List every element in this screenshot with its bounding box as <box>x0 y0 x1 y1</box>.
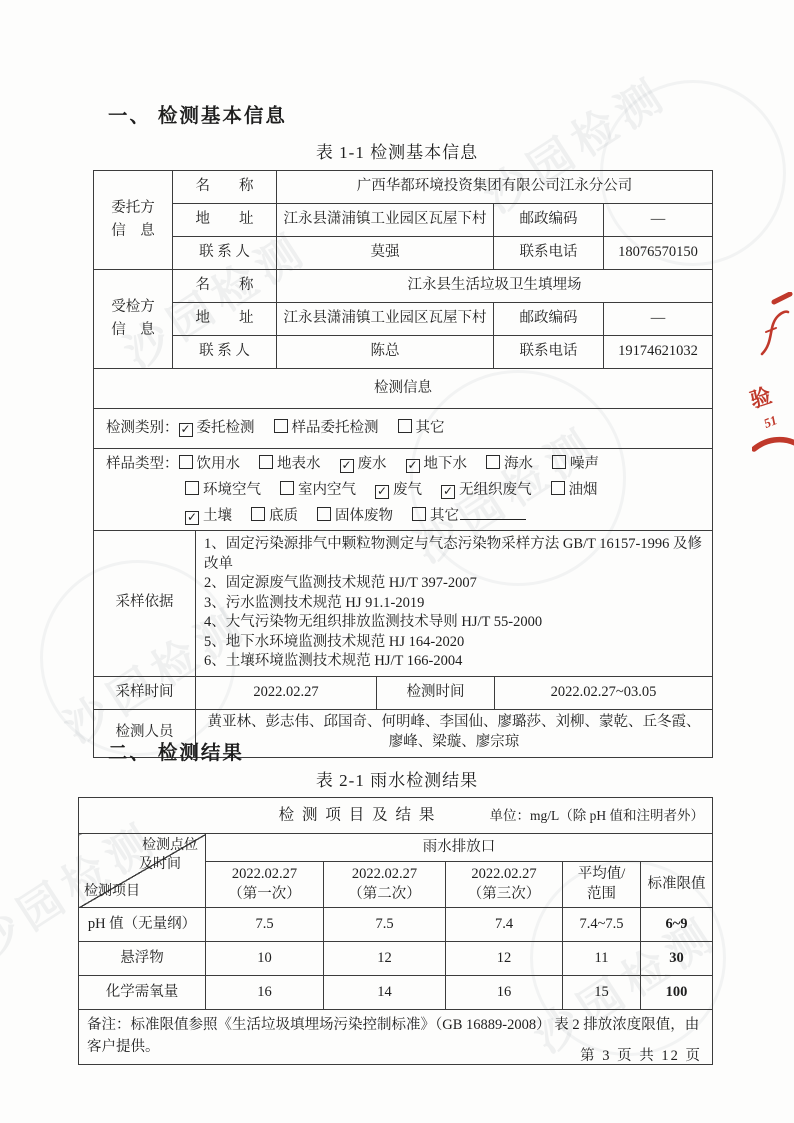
checkbox-option-环境空气[interactable]: 环境空气 <box>185 482 261 498</box>
sampling-time-subtable: 采样时间 2022.02.27 检测时间 2022.02.27~03.05 <box>93 676 713 710</box>
limit-cell: 6~9 <box>641 908 713 942</box>
client-name-value: 广西华都环境投资集团有限公司江永分公司 <box>277 171 713 204</box>
checkbox-option-油烟[interactable]: 油烟 <box>551 482 598 498</box>
subject-addr-label: 地 址 <box>173 303 277 336</box>
checked-checkbox-icon[interactable]: ✓ <box>406 459 420 473</box>
checkbox-option-无组织废气[interactable]: ✓无组织废气 <box>441 482 532 498</box>
avg-cell: 15 <box>563 976 641 1010</box>
col-header-avg: 平均值/范围 <box>563 862 641 908</box>
corner-header-cell: 检测点位 及时间 检测项目 <box>79 834 206 908</box>
rainwater-results-table: 检 测 项 目 及 结 果 单位：mg/L（除 pH 值和注明者外） 检测点位 … <box>78 797 712 1065</box>
red-signature-stroke-icon <box>748 292 794 360</box>
value-cell: 16 <box>206 976 324 1010</box>
client-addr-value: 江永县潇浦镇工业园区瓦屋下村 <box>277 204 494 237</box>
checked-checkbox-icon[interactable]: ✓ <box>441 485 455 499</box>
checkbox-option-室内空气[interactable]: 室内空气 <box>280 482 356 498</box>
col-header-2: 2022.02.27（第二次） <box>324 862 446 908</box>
basis-item: 2、固定源废气监测技术规范 HJ/T 397-2007 <box>204 574 704 594</box>
limit-cell: 30 <box>641 942 713 976</box>
subject-zip-label: 邮政编码 <box>494 303 604 336</box>
corner-bottom-label: 检测项目 <box>84 883 140 902</box>
checkbox-label: 固体废物 <box>335 508 393 524</box>
corner-top-label: 检测点位 <box>142 837 198 856</box>
avg-cell: 7.4~7.5 <box>563 908 641 942</box>
value-cell: 12 <box>324 942 446 976</box>
limit-cell: 100 <box>641 976 713 1010</box>
basis-items: 1、固定污染源排气中颗粒物测定与气态污染物采样方法 GB/T 16157-199… <box>196 531 713 677</box>
checkbox-option-噪声[interactable]: 噪声 <box>552 456 599 472</box>
test-info-header: 检测信息 <box>94 369 713 409</box>
sample-type-label: 样品类型： <box>106 456 179 472</box>
basic-info-table: 委托方 信 息 名 称 广西华都环境投资集团有限公司江永分公司 地 址 江永县潇… <box>93 170 712 758</box>
subject-contact-label: 联 系 人 <box>173 336 277 369</box>
checkbox-label: 其它 <box>416 420 445 436</box>
party-info-subtable: 委托方 信 息 名 称 广西华都环境投资集团有限公司江永分公司 地 址 江永县潇… <box>93 170 713 369</box>
checkbox-label: 地表水 <box>277 456 321 472</box>
value-cell: 7.5 <box>324 908 446 942</box>
checkbox-option-废水[interactable]: ✓废水 <box>340 456 387 472</box>
checkbox-label: 委托检测 <box>197 420 255 436</box>
unchecked-checkbox-icon[interactable] <box>274 419 288 433</box>
category-row: 检测类别：✓委托检测样品委托检测其它 <box>94 409 713 449</box>
sample-type-row: 样品类型：饮用水地表水✓废水✓地下水海水噪声 环境空气室内空气✓废气✓无组织废气… <box>94 449 713 531</box>
basis-item: 6、土壤环境监测技术规范 HJ/T 166-2004 <box>204 652 704 672</box>
value-cell: 16 <box>446 976 563 1010</box>
results-table: 检 测 项 目 及 结 果 单位：mg/L（除 pH 值和注明者外） 检测点位 … <box>78 797 713 1065</box>
client-phone-label: 联系电话 <box>494 237 604 270</box>
col-header-limit: 标准限值 <box>641 862 713 908</box>
sampling-time-label: 采样时间 <box>94 676 196 709</box>
test-time-value: 2022.02.27~03.05 <box>495 676 713 709</box>
checkbox-option-固体废物[interactable]: 固体废物 <box>317 508 393 524</box>
basis-item: 5、地下水环境监测技术规范 HJ 164-2020 <box>204 633 704 653</box>
value-cell: 10 <box>206 942 324 976</box>
test-time-label: 检测时间 <box>377 676 495 709</box>
item-name: 悬浮物 <box>79 942 206 976</box>
table-row: 悬浮物 10 12 12 11 30 <box>79 942 713 976</box>
subject-addr-value: 江永县潇浦镇工业园区瓦屋下村 <box>277 303 494 336</box>
basis-label: 采样依据 <box>94 531 196 677</box>
location-header: 雨水排放口 <box>206 834 713 862</box>
client-group-line2: 信 息 <box>98 220 168 243</box>
checkbox-option-地表水[interactable]: 地表水 <box>259 456 321 472</box>
results-header-row: 检 测 项 目 及 结 果 单位：mg/L（除 pH 值和注明者外） <box>79 798 713 834</box>
avg-cell: 11 <box>563 942 641 976</box>
seal-character: 验 <box>746 379 775 414</box>
checkbox-label: 废气 <box>393 482 422 498</box>
unchecked-checkbox-icon[interactable] <box>179 455 193 469</box>
unchecked-checkbox-icon[interactable] <box>259 455 273 469</box>
subject-group-cell: 受检方 信 息 <box>94 270 173 369</box>
subject-zip-value: — <box>604 303 713 336</box>
subject-group-line2: 信 息 <box>98 319 168 342</box>
item-name: pH 值（无量纲） <box>79 908 206 942</box>
red-seal-fragment-bottom: 验 51 <box>750 382 794 458</box>
basis-item: 1、固定污染源排气中颗粒物测定与气态污染物采样方法 GB/T 16157-199… <box>204 535 704 574</box>
checkbox-option-其它[interactable]: 其它 <box>398 420 445 436</box>
client-group-line1: 委托方 <box>98 197 168 220</box>
subject-phone-label: 联系电话 <box>494 336 604 369</box>
value-cell: 7.4 <box>446 908 563 942</box>
checkbox-option-样品委托检测[interactable]: 样品委托检测 <box>274 420 379 436</box>
value-cell: 7.5 <box>206 908 324 942</box>
sampling-time-value: 2022.02.27 <box>196 676 377 709</box>
page-footer: 第 3 页 共 12 页 <box>580 1044 702 1065</box>
checkbox-label: 底质 <box>269 508 298 524</box>
unit-note: 单位：mg/L（除 pH 值和注明者外） <box>490 806 705 824</box>
checkbox-label: 环境空气 <box>203 482 261 498</box>
corner-mid-label: 及时间 <box>139 856 181 875</box>
checkbox-label: 油烟 <box>569 482 598 498</box>
checkbox-label: 室内空气 <box>298 482 356 498</box>
client-zip-label: 邮政编码 <box>494 204 604 237</box>
unchecked-checkbox-icon[interactable] <box>185 481 199 495</box>
checkbox-label: 土壤 <box>203 508 232 524</box>
checkbox-label: 地下水 <box>424 456 468 472</box>
unchecked-checkbox-icon[interactable] <box>398 419 412 433</box>
client-phone-value: 18076570150 <box>604 237 713 270</box>
client-contact-value: 莫强 <box>277 237 494 270</box>
red-seal-fragment-top <box>748 292 794 365</box>
checked-checkbox-icon[interactable]: ✓ <box>340 459 354 473</box>
checkbox-option-海水[interactable]: 海水 <box>486 456 533 472</box>
table-row: 化学需氧量 16 14 16 15 100 <box>79 976 713 1010</box>
subject-phone-value: 19174621032 <box>604 336 713 369</box>
col-header-3: 2022.02.27（第三次） <box>446 862 563 908</box>
checked-checkbox-icon[interactable]: ✓ <box>185 511 199 525</box>
checked-checkbox-icon[interactable]: ✓ <box>179 423 193 437</box>
unchecked-checkbox-icon[interactable] <box>412 507 426 521</box>
section1-title: 一、 检测基本信息 <box>108 100 287 128</box>
unchecked-checkbox-icon[interactable] <box>280 481 294 495</box>
client-contact-label: 联 系 人 <box>173 237 277 270</box>
table-row: pH 值（无量纲） 7.5 7.5 7.4 7.4~7.5 6~9 <box>79 908 713 942</box>
client-name-label: 名 称 <box>173 171 277 204</box>
checkbox-label: 样品委托检测 <box>292 420 379 436</box>
checkbox-label: 噪声 <box>570 456 599 472</box>
checkbox-option-委托检测[interactable]: ✓委托检测 <box>179 420 255 436</box>
basis-item: 3、污水监测技术规范 HJ 91.1-2019 <box>204 594 704 614</box>
unchecked-checkbox-icon[interactable] <box>551 481 565 495</box>
subject-contact-value: 陈总 <box>277 336 494 369</box>
checkbox-option-地下水[interactable]: ✓地下水 <box>406 456 468 472</box>
value-cell: 12 <box>446 942 563 976</box>
blank-underline <box>460 505 526 519</box>
checked-checkbox-icon[interactable]: ✓ <box>375 485 389 499</box>
checkbox-option-其它[interactable]: 其它 <box>412 508 526 524</box>
value-cell: 14 <box>324 976 446 1010</box>
col-header-1: 2022.02.27（第一次） <box>206 862 324 908</box>
unchecked-checkbox-icon[interactable] <box>552 455 566 469</box>
table1-caption: 表 1-1 检测基本信息 <box>0 138 794 163</box>
checkbox-option-废气[interactable]: ✓废气 <box>375 482 422 498</box>
checkbox-label: 饮用水 <box>197 456 241 472</box>
checkbox-label: 海水 <box>504 456 533 472</box>
unchecked-checkbox-icon[interactable] <box>486 455 500 469</box>
test-info-subtable: 检测信息 检测类别：✓委托检测样品委托检测其它 样品类型：饮用水地表水✓废水✓地… <box>93 368 713 531</box>
subject-name-label: 名 称 <box>173 270 277 303</box>
table2-caption: 表 2-1 雨水检测结果 <box>0 766 794 791</box>
red-seal-arc-icon <box>752 431 794 453</box>
client-zip-value: — <box>604 204 713 237</box>
subject-group-line1: 受检方 <box>98 296 168 319</box>
personnel-value: 黄亚林、彭志伟、邱国奇、何明峰、李国仙、廖璐莎、刘柳、蒙乾、丘冬霞、廖峰、梁璇、… <box>196 709 713 757</box>
checkbox-option-土壤[interactable]: ✓土壤 <box>185 508 232 524</box>
results-title: 检 测 项 目 及 结 果 <box>279 805 437 826</box>
client-group-cell: 委托方 信 息 <box>94 171 173 270</box>
unchecked-checkbox-icon[interactable] <box>251 507 265 521</box>
client-addr-label: 地 址 <box>173 204 277 237</box>
checkbox-option-底质[interactable]: 底质 <box>251 508 298 524</box>
section2-title: 二、 检测结果 <box>108 737 244 765</box>
seal-number: 51 <box>761 412 779 432</box>
sampling-basis-subtable: 采样依据 1、固定污染源排气中颗粒物测定与气态污染物采样方法 GB/T 1615… <box>93 530 713 677</box>
checkbox-option-饮用水[interactable]: 饮用水 <box>179 456 241 472</box>
subject-name-value: 江永县生活垃圾卫生填埋场 <box>277 270 713 303</box>
checkbox-label: 其它 <box>430 508 459 524</box>
checkbox-label: 无组织废气 <box>459 482 532 498</box>
basis-item: 4、大气污染物无组织排放监测技术导则 HJ/T 55-2000 <box>204 613 704 633</box>
checkbox-label: 废水 <box>358 456 387 472</box>
unchecked-checkbox-icon[interactable] <box>317 507 331 521</box>
item-name: 化学需氧量 <box>79 976 206 1010</box>
category-label: 检测类别： <box>106 420 179 436</box>
